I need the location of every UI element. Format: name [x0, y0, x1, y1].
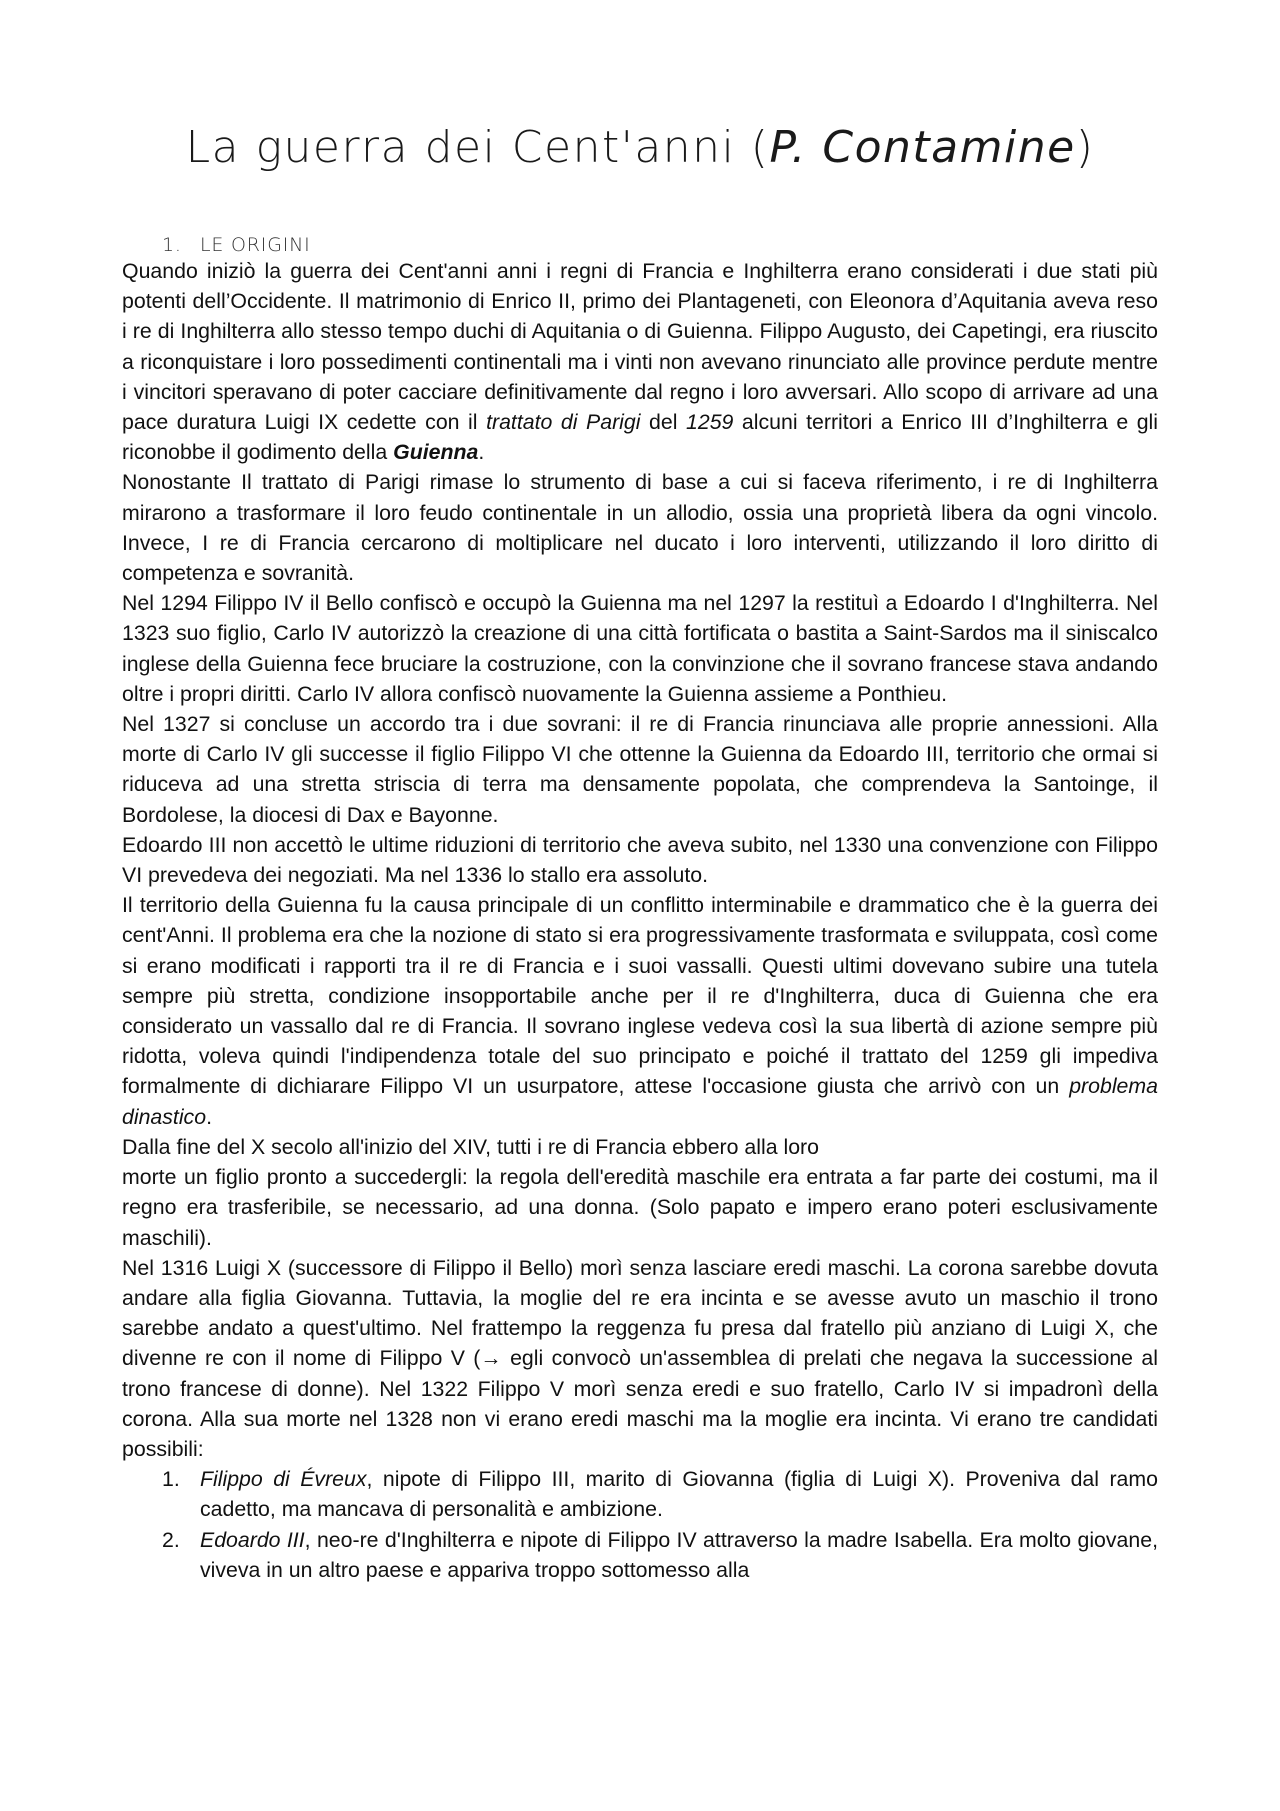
- candidate-description: , neo-re d'Inghilterra e nipote di Filip…: [200, 1528, 1158, 1582]
- emphasis-year: 1259: [686, 410, 733, 434]
- list-item: 2.Edoardo III, neo-re d'Inghilterra e ni…: [122, 1525, 1158, 1585]
- paragraph-1327: Nel 1327 si concluse un accordo tra i du…: [122, 709, 1158, 830]
- paragraph-edoardo: Edoardo III non accettò le ultime riduzi…: [122, 830, 1158, 890]
- section-number: 1.: [162, 231, 200, 259]
- document-body: Quando iniziò la guerra dei Cent'anni an…: [122, 256, 1158, 1585]
- section-label: LE ORIGINI: [200, 234, 311, 256]
- text-run: .: [478, 440, 484, 464]
- text-run: .: [206, 1105, 212, 1129]
- candidate-name: Edoardo III: [200, 1528, 305, 1552]
- title-close: ): [1076, 122, 1095, 173]
- title-main: La guerra dei Cent'anni (: [186, 122, 770, 173]
- paragraph-1294: Nel 1294 Filippo IV il Bello confiscò e …: [122, 588, 1158, 709]
- paragraph-guienna-conflict: Il territorio della Guienna fu la causa …: [122, 890, 1158, 1132]
- paragraph-x-century: Dalla fine del X secolo all'inizio del X…: [122, 1132, 1158, 1162]
- paragraph-origins: Quando iniziò la guerra dei Cent'anni an…: [122, 256, 1158, 467]
- paragraph-male-inheritance: morte un figlio pronto a succedergli: la…: [122, 1162, 1158, 1253]
- paragraph-1316: Nel 1316 Luigi X (successore di Filippo …: [122, 1253, 1158, 1464]
- emphasis-treaty: trattato di Parigi: [486, 410, 640, 434]
- section-heading: 1.LE ORIGINI: [162, 231, 311, 259]
- text-run: Quando iniziò la guerra dei Cent'anni an…: [122, 259, 1158, 434]
- text-run: Il territorio della Guienna fu la causa …: [122, 893, 1158, 1098]
- list-item-number: 2.: [162, 1525, 180, 1555]
- list-item: 1.Filippo di Évreux, nipote di Filippo I…: [122, 1464, 1158, 1524]
- candidate-name: Filippo di Évreux: [200, 1467, 367, 1491]
- document-title: La guerra dei Cent'anni (P. Contamine): [122, 118, 1158, 178]
- list-item-number: 1.: [162, 1464, 180, 1494]
- paragraph-treaty: Nonostante Il trattato di Parigi rimase …: [122, 467, 1158, 588]
- emphasis-guienna: Guienna: [393, 440, 478, 464]
- candidates-list: 1.Filippo di Évreux, nipote di Filippo I…: [122, 1464, 1158, 1585]
- text-run: del: [640, 410, 686, 434]
- title-author: P. Contamine: [769, 122, 1075, 173]
